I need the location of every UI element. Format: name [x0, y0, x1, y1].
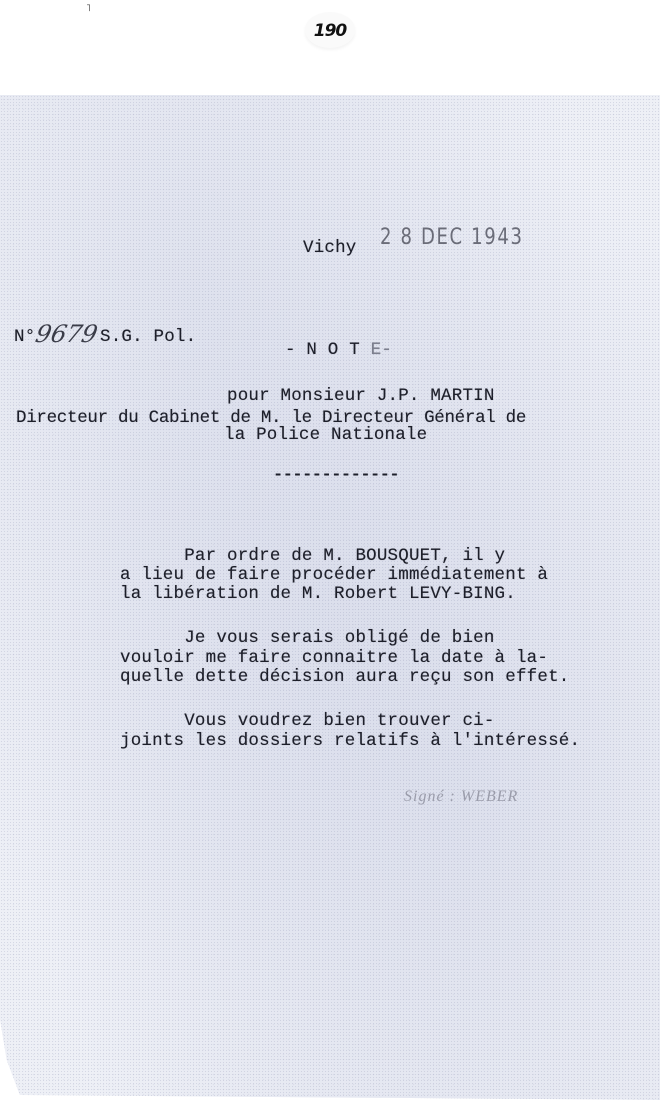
reference-prefix: N° — [14, 327, 35, 347]
reference-suffix: S.G. Pol. — [100, 327, 196, 347]
paragraph-3-line-1: Vous voudrez bien trouver ci- — [120, 711, 495, 731]
recipient-line-1: pour Monsieur J.P. MARTIN — [227, 386, 495, 406]
margin-mark: ˥ — [86, 3, 91, 14]
paragraph-1-line-2: a lieu de faire procéder immédiatement à — [120, 565, 548, 585]
signature-stamp: Signé : WEBER — [404, 788, 518, 806]
folio-number: 190 — [305, 12, 355, 48]
note-title-struck: E- — [371, 340, 392, 360]
note-title: - N O T E- — [285, 340, 392, 360]
note-title-text: - N O T — [285, 340, 371, 360]
paragraph-1-line-1: Par ordre de M. BOUSQUET, il y — [120, 546, 505, 566]
paragraph-2-line-3: quelle dette décision aura reçu son effe… — [120, 667, 569, 687]
place: Vichy — [303, 238, 357, 258]
paragraph-2-line-2: vouloir me faire connaitre la date à la- — [120, 648, 548, 668]
separator-line: ------------- — [273, 466, 399, 485]
date-stamp: 2 8 DEC 1943 — [380, 225, 524, 250]
paragraph-2-line-1: Je vous serais obligé de bien — [120, 628, 495, 648]
recipient-line-3: la Police Nationale — [224, 425, 427, 445]
reference-number: 9679 — [33, 320, 100, 348]
paragraph-3-line-2: joints les dossiers relatifs à l'intéres… — [120, 731, 580, 751]
scanned-page: ˥ 190 Vichy 2 8 DEC 1943 N° 9679 S.G. Po… — [0, 0, 660, 1100]
paragraph-1-line-3: la libération de M. Robert LEVY-BING. — [120, 584, 516, 604]
